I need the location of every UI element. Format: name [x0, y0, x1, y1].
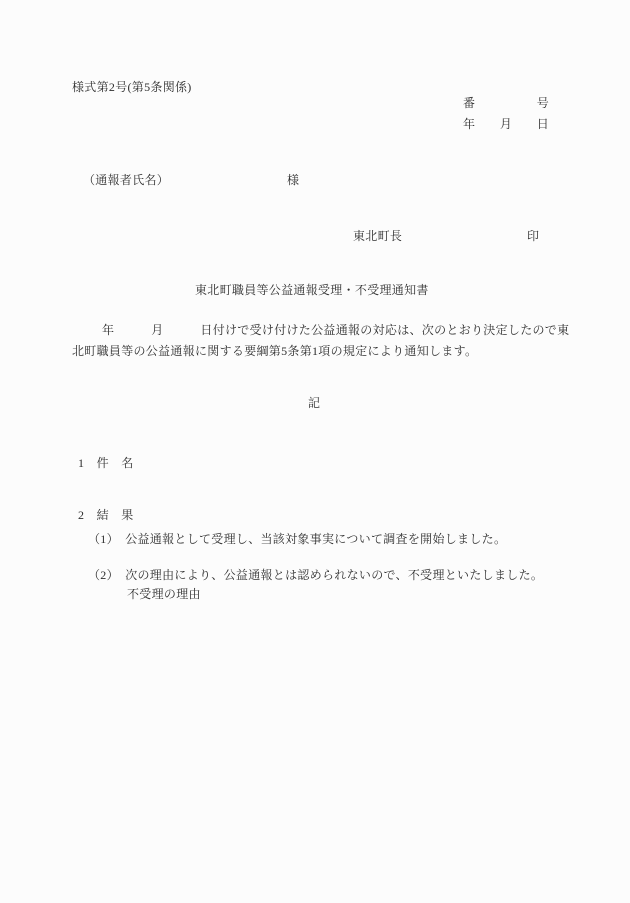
form-number-label: 様式第2号(第5条関係) — [72, 80, 192, 94]
result-option-1: （1） 公益通報として受理し、当該対象事実について調査を開始しました。 — [88, 532, 506, 546]
document-title: 東北町職員等公益通報受理・不受理通知書 — [195, 283, 429, 297]
item-1-subject-heading: 1 件 名 — [78, 456, 134, 470]
result-option-2: （2） 次の理由により、公益通報とは認められないので、不受理といたしました。 — [88, 568, 543, 582]
document-page: 様式第2号(第5条関係) 番 号 年 月 日 （通報者氏名） 様 東北町長 印 … — [0, 0, 630, 903]
item-2-result-heading: 2 結 果 — [78, 508, 134, 522]
sender-title: 東北町長 — [353, 229, 402, 243]
rejection-reason-label: 不受理の理由 — [127, 587, 201, 601]
document-number-blank-line: 番 号 — [463, 96, 549, 110]
body-paragraph-line-2: 北町職員等の公益通報に関する要綱第5条第1項の規定により通知します。 — [72, 344, 477, 358]
recipient-honorific: 様 — [287, 173, 299, 187]
recipient-name-placeholder: （通報者氏名） — [83, 173, 169, 187]
body-paragraph-line-1: 年 月 日付けで受け付けた公益通報の対応は、次のとおり決定したので東 — [102, 323, 569, 337]
date-blank-line: 年 月 日 — [463, 117, 549, 131]
seal-placeholder: 印 — [527, 229, 539, 243]
record-marker: 記 — [308, 396, 320, 410]
